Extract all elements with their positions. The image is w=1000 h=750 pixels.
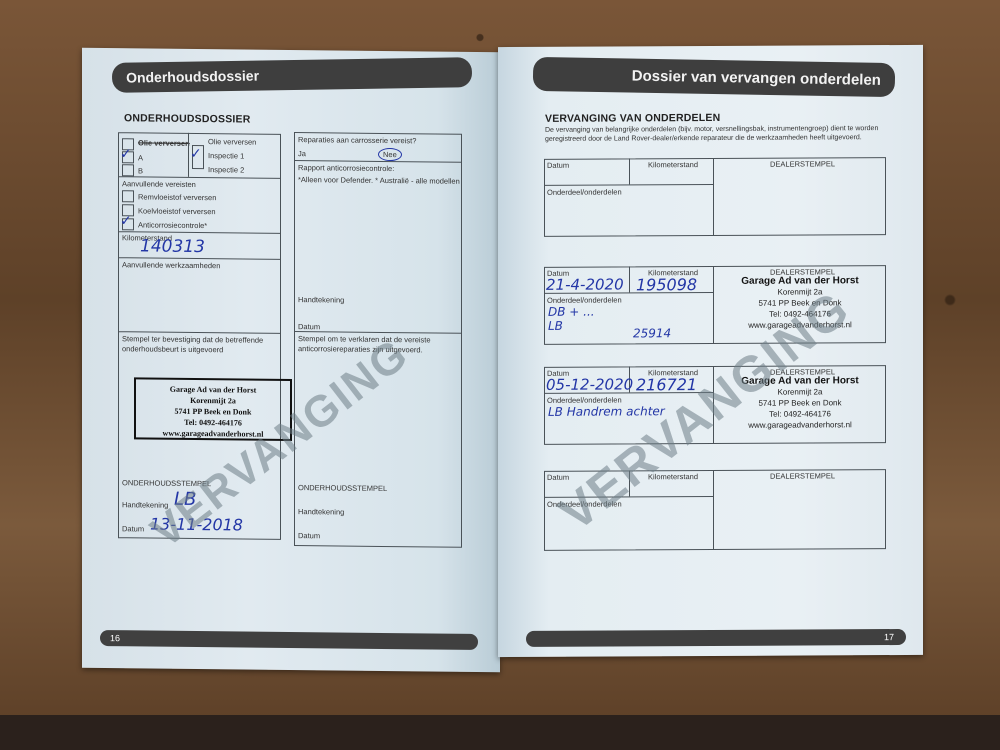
record-date-value: 21-4-2020 bbox=[546, 275, 624, 293]
oil-col2-header: Olie verversen bbox=[208, 137, 256, 147]
left-footer-bar: 16 bbox=[100, 630, 478, 650]
stamp-confirm-label: Stempel ter bevestiging dat de betreffen… bbox=[122, 334, 272, 356]
table-surface-edge bbox=[0, 715, 1000, 750]
check-mark-icon: ✓ bbox=[190, 145, 202, 162]
right-footer-bar: 17 bbox=[526, 629, 906, 647]
oil-col1-header: Olie verversen bbox=[138, 138, 190, 148]
record-box bbox=[544, 157, 886, 237]
checkbox-oil-b[interactable] bbox=[122, 164, 134, 176]
record-dealer-stamp-label: DEALERSTEMPEL bbox=[770, 159, 835, 168]
record-mileage-label: Kilometerstand bbox=[648, 160, 698, 169]
bodywork-question: Reparaties aan carrosserie vereist? bbox=[298, 135, 416, 145]
record-parts-label: Onderdeel/onderdelen bbox=[547, 295, 622, 304]
record-parts-label: Onderdeel/onderdelen bbox=[547, 187, 622, 196]
left-section-title: ONDERHOUDSDOSSIER bbox=[124, 112, 251, 125]
oil-option-b: B bbox=[138, 166, 143, 175]
mileage-value: 140313 bbox=[140, 236, 205, 257]
right-page-number: 17 bbox=[884, 632, 894, 642]
record-date-value: 05-12-2020 bbox=[546, 375, 633, 393]
dealer-name: Garage Ad van der Horst bbox=[720, 275, 880, 287]
anticorrosion-report-note: *Alleen voor Defender. * Australië - all… bbox=[298, 175, 460, 186]
brake-fluid-label: Remvloeistof verversen bbox=[138, 192, 216, 202]
additional-requirements-title: Aanvullende vereisten bbox=[122, 179, 196, 189]
oil-option-a: A bbox=[138, 153, 143, 162]
left-page-number: 16 bbox=[110, 633, 120, 643]
record-mileage-value: 195098 bbox=[636, 275, 697, 294]
inspection-1: Inspectie 1 bbox=[208, 151, 244, 160]
checkbox-brake-fluid[interactable] bbox=[122, 190, 134, 202]
anticorrosion-signature-label: Handtekening bbox=[298, 507, 344, 516]
anticorrosion-service-stamp-label: ONDERHOUDSSTEMPEL bbox=[298, 483, 387, 493]
date-label: Datum bbox=[122, 524, 144, 533]
right-header-title: Dossier van vervangen onderdelen bbox=[632, 67, 882, 88]
coolant-label: Koelvloeistof verversen bbox=[138, 206, 216, 216]
record-parts-label: Onderdeel/onderdelen bbox=[547, 395, 622, 404]
record-parts-value: DB + ... bbox=[548, 305, 595, 319]
record-parts-note: 25914 bbox=[633, 326, 671, 340]
record-dealer-stamp-label: DEALERSTEMPEL bbox=[770, 471, 835, 480]
check-mark-icon: ✓ bbox=[120, 145, 132, 162]
parts-records: Datum Kilometerstand Onderdeel/onderdele… bbox=[498, 45, 923, 47]
record-date-label: Datum bbox=[547, 473, 569, 482]
left-page: Onderhoudsdossier ONDERHOUDSDOSSIER Olie… bbox=[82, 48, 500, 672]
anticorrosion-label: Anticorrosiecontrole* bbox=[138, 220, 207, 230]
anticorrosion-date-label: Datum bbox=[298, 531, 320, 540]
record-date-label: Datum bbox=[547, 161, 569, 170]
right-page: Dossier van vervangen onderdelen VERVANG… bbox=[498, 45, 923, 657]
right-section-title: VERVANGING VAN ONDERDELEN bbox=[545, 112, 720, 125]
anticorrosion-report-title: Rapport anticorrosiecontrole: bbox=[298, 163, 394, 173]
check-mark-icon: ✓ bbox=[120, 212, 132, 229]
bodywork-no-circled[interactable]: Nee bbox=[378, 148, 402, 161]
left-header-bar: Onderhoudsdossier bbox=[112, 57, 473, 93]
record-parts-value: LB Handrem achter bbox=[548, 404, 665, 419]
bodywork-yes: Ja bbox=[298, 149, 306, 158]
report-signature-label: Handtekening bbox=[298, 295, 344, 304]
intro-text: De vervanging van belangrijke onderdelen… bbox=[545, 124, 890, 144]
record-parts-line2: LB bbox=[548, 319, 563, 333]
dealer-street: Korenmijt 2a bbox=[720, 286, 880, 298]
dealer-website: www.garageadvanderhorst.nl bbox=[720, 419, 880, 431]
right-header-bar: Dossier van vervangen onderdelen bbox=[533, 57, 896, 97]
inspection-2: Inspectie 2 bbox=[208, 165, 244, 174]
additional-work-label: Aanvullende werkzaamheden bbox=[122, 260, 220, 270]
left-header-title: Onderhoudsdossier bbox=[126, 68, 259, 86]
report-date-label: Datum bbox=[298, 322, 320, 331]
